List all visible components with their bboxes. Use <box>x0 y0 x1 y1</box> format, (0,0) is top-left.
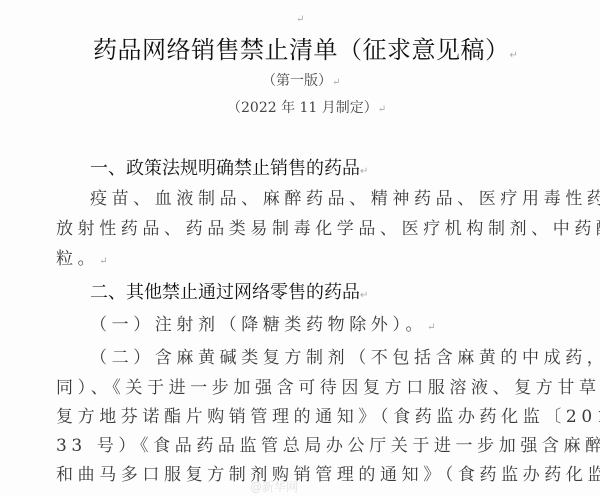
edition-label: （第一版）↵ <box>262 70 340 90</box>
paragraph-mark: ↵ <box>296 14 304 25</box>
document-page: ↵ 药品网络销售禁止清单（征求意见稿）↵ （第一版）↵ （2022 年 11 月… <box>0 0 600 496</box>
section-1-line: 粒。↵ <box>56 244 112 269</box>
watermark: @新华网 <box>250 478 298 495</box>
section-2-line: （二）含麻黄碱类复方制剂（不包括含麻黄的中成药，下 <box>90 343 600 368</box>
section-2-line: （一）注射剂（降糖类药物除外）。↵ <box>90 310 440 335</box>
document-title: 药品网络销售禁止清单（征求意见稿）↵ <box>93 30 518 65</box>
section-1-line: 疫苗、血液制品、麻醉药品、精神药品、医疗用毒性药品、 <box>90 184 600 209</box>
section-2-line: 复方地芬诺酯片购销管理的通知》（食药监办药化监〔2013〕 <box>56 402 600 427</box>
section-1-heading: 一、政策法规明确禁止销售的药品↵ <box>90 154 368 180</box>
section-2-line: 和曲马多口服复方制剂购销管理的通知》（食药监办药化监 <box>56 460 600 485</box>
section-2-heading: 二、其他禁止通过网络零售的药品↵ <box>90 278 368 304</box>
section-2-line: 33 号）《食品药品监管总局办公厅关于进一步加强含麻醉药品 <box>56 431 600 456</box>
date-label: （2022 年 11 月制定）↵ <box>227 97 386 117</box>
section-2-line: 同）、《关于进一步加强含可待因复方口服溶液、复方甘草片和 <box>56 373 600 398</box>
section-1-line: 放射性药品、药品类易制毒化学品、医疗机构制剂、中药配方颗 <box>56 214 600 239</box>
